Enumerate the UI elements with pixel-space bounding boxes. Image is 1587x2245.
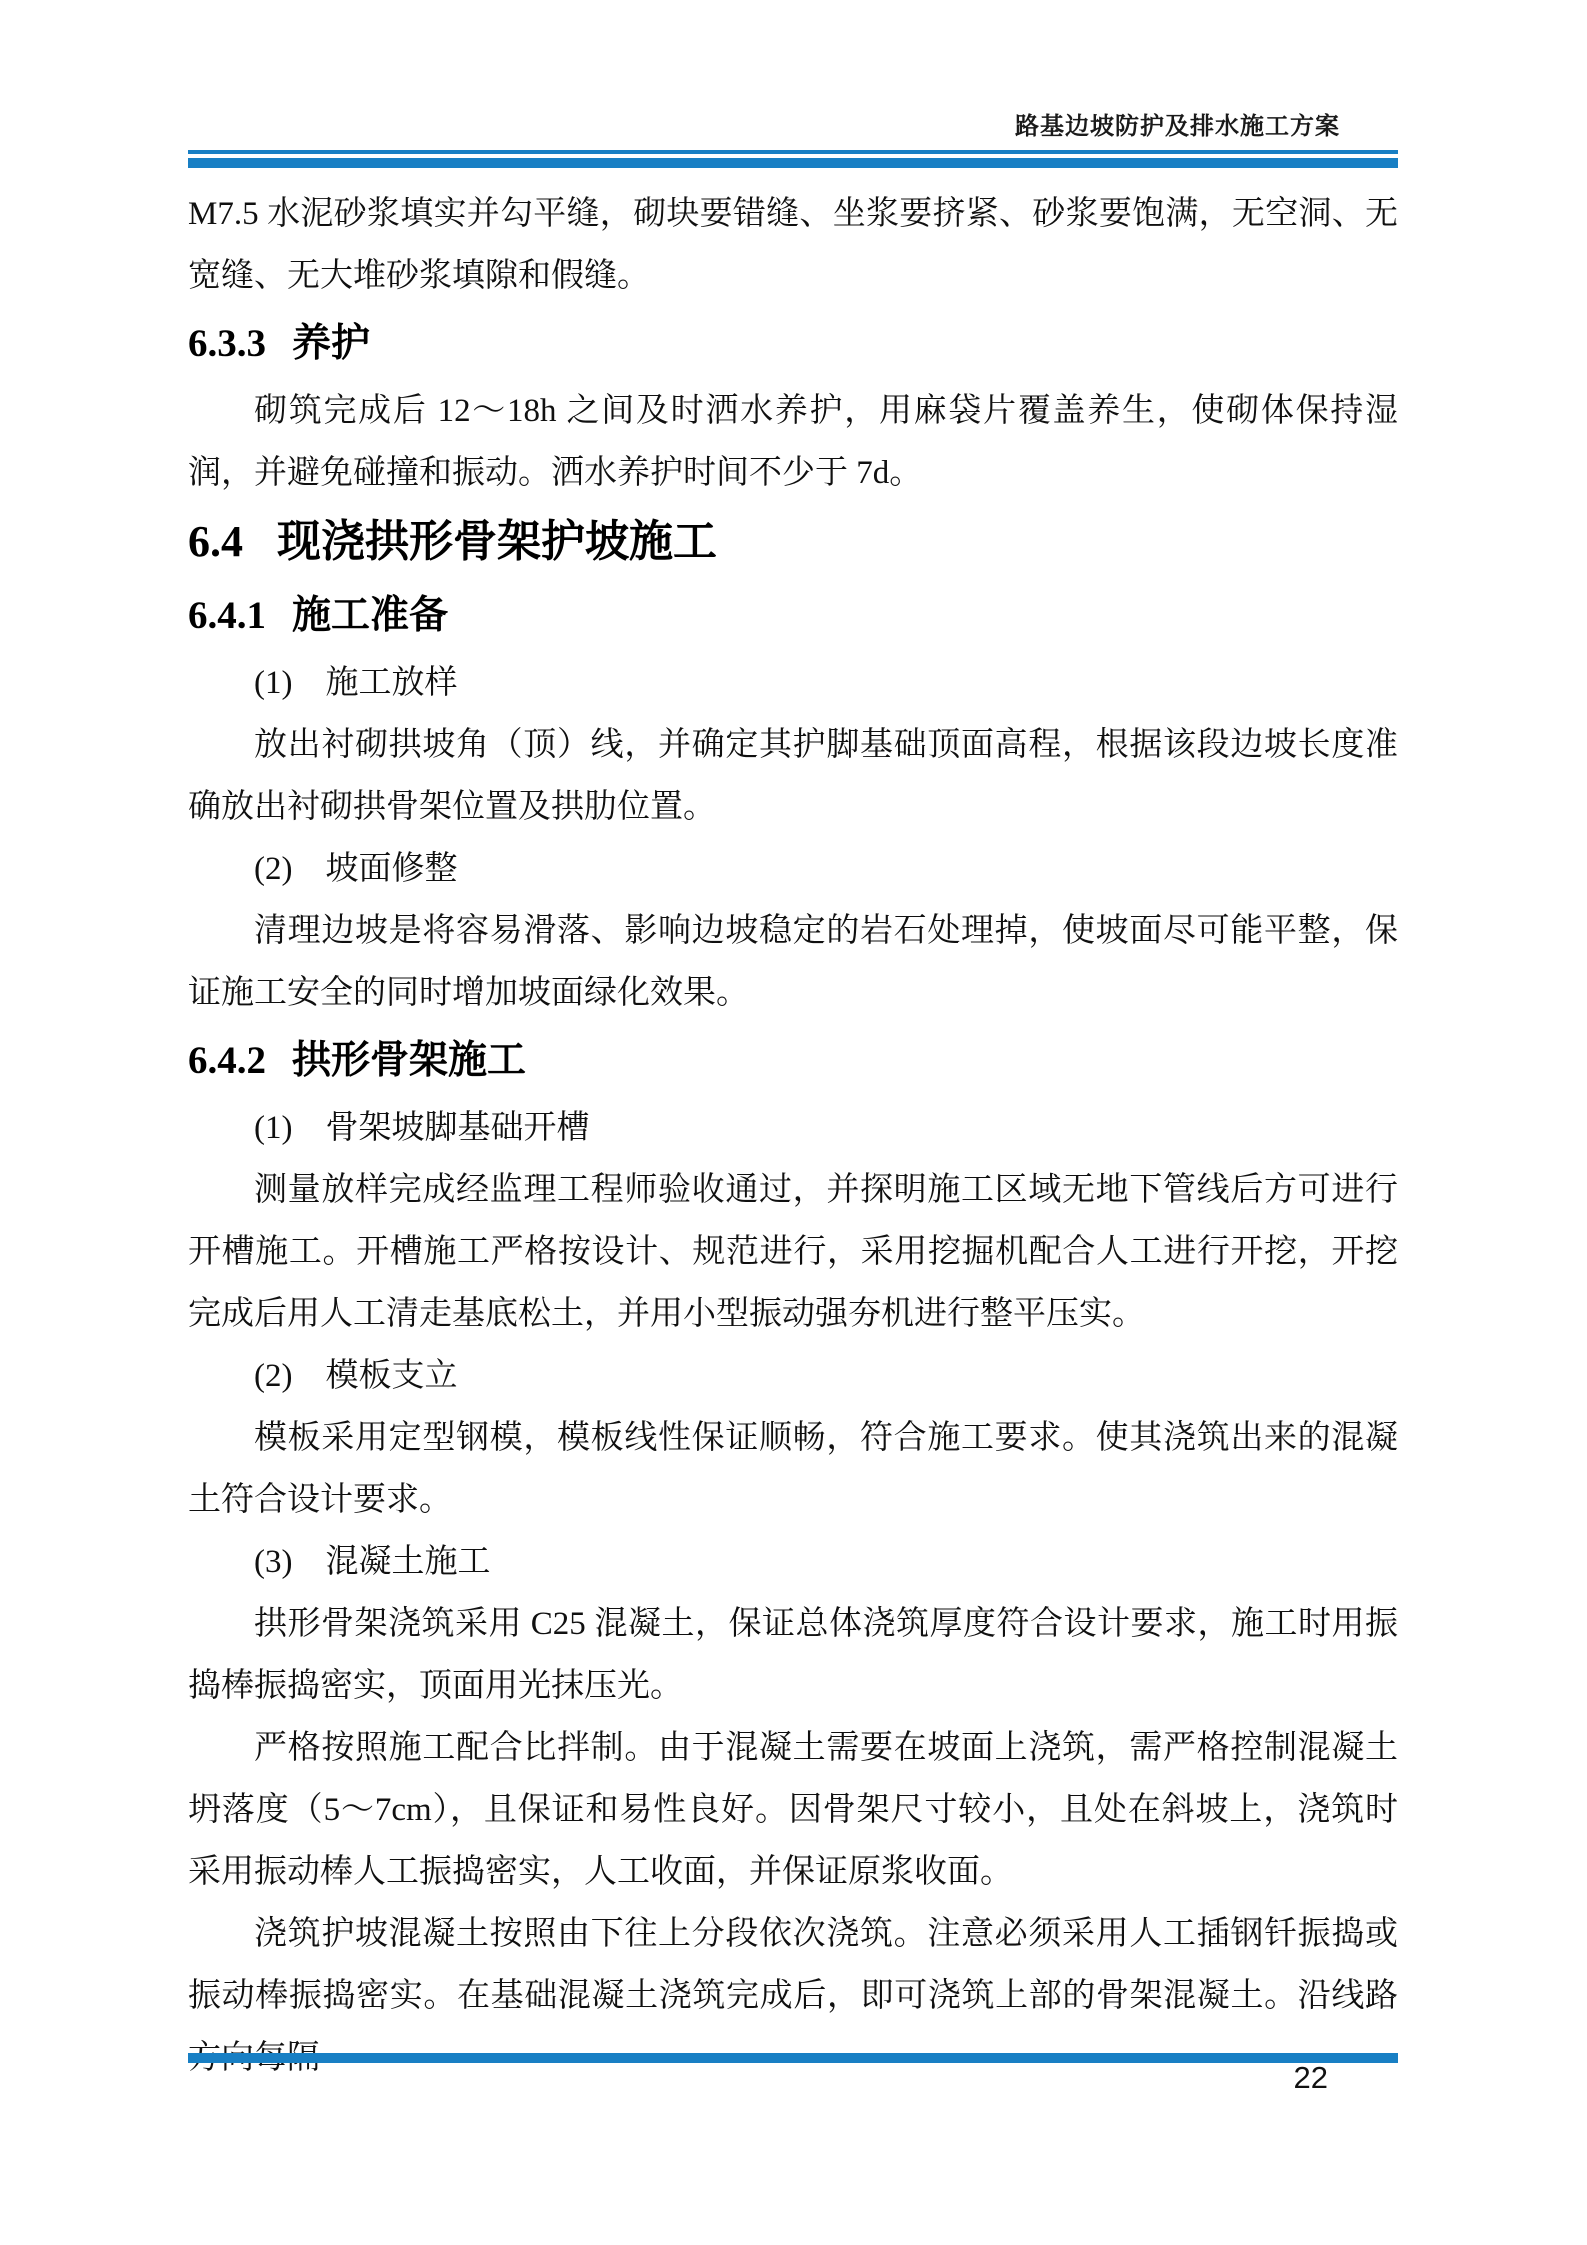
list-item-formwork: (2) 模板支立 xyxy=(188,1345,1398,1407)
heading-6-4-1-preparation: 6.4.1施工准备 xyxy=(188,579,1398,652)
heading-number: 6.4.2 xyxy=(188,1039,266,1082)
paragraph-setting-out: 放出衬砌拱坡角（顶）线，并确定其护脚基础顶面高程，根据该段边坡长度准确放出衬砌拱… xyxy=(188,714,1398,838)
paragraph-concrete-c25: 拱形骨架浇筑采用 C25 混凝土，保证总体浇筑厚度符合设计要求，施工时用振捣棒振… xyxy=(188,1593,1398,1717)
heading-6-4-2-skeleton-construction: 6.4.2拱形骨架施工 xyxy=(188,1024,1398,1097)
list-item-concrete-construction: (3) 混凝土施工 xyxy=(188,1531,1398,1593)
paragraph-masonry-joints: M7.5 水泥砂浆填实并勾平缝，砌块要错缝、坐浆要挤紧、砂浆要饱满，无空洞、无宽… xyxy=(188,183,1398,307)
heading-number: 6.3.3 xyxy=(188,322,266,365)
paragraph-slope-trimming: 清理边坡是将容易滑落、影响边坡稳定的岩石处理掉，使坡面尽可能平整，保证施工安全的… xyxy=(188,900,1398,1024)
heading-6-3-3-curing: 6.3.3养护 xyxy=(188,307,1398,380)
document-page: 路基边坡防护及排水施工方案 M7.5 水泥砂浆填实并勾平缝，砌块要错缝、坐浆要挤… xyxy=(0,0,1587,2245)
heading-title: 现浇拱形骨架护坡施工 xyxy=(277,517,717,566)
heading-number: 6.4.1 xyxy=(188,594,266,637)
heading-6-4-arch-skeleton-slope: 6.4现浇拱形骨架护坡施工 xyxy=(188,504,1398,579)
paragraph-foundation-trenching: 测量放样完成经监理工程师验收通过，并探明施工区域无地下管线后方可进行开槽施工。开… xyxy=(188,1159,1398,1345)
paragraph-curing: 砌筑完成后 12～18h 之间及时洒水养护，用麻袋片覆盖养生，使砌体保持湿润，并… xyxy=(188,380,1398,504)
page-number: 22 xyxy=(188,2060,1398,2096)
heading-title: 拱形骨架施工 xyxy=(292,1039,526,1082)
document-body: M7.5 水泥砂浆填实并勾平缝，砌块要错缝、坐浆要挤紧、砂浆要饱满，无空洞、无宽… xyxy=(188,0,1398,2089)
heading-title: 养护 xyxy=(292,322,370,365)
heading-title: 施工准备 xyxy=(292,594,448,637)
list-item-setting-out: (1) 施工放样 xyxy=(188,652,1398,714)
heading-number: 6.4 xyxy=(188,517,243,566)
paragraph-mix-slump: 严格按照施工配合比拌制。由于混凝土需要在坡面上浇筑，需严格控制混凝土坍落度（5～… xyxy=(188,1717,1398,1903)
list-item-foundation-trenching: (1) 骨架坡脚基础开槽 xyxy=(188,1097,1398,1159)
list-item-slope-trimming: (2) 坡面修整 xyxy=(188,838,1398,900)
paragraph-formwork: 模板采用定型钢模，模板线性保证顺畅，符合施工要求。使其浇筑出来的混凝土符合设计要… xyxy=(188,1407,1398,1531)
